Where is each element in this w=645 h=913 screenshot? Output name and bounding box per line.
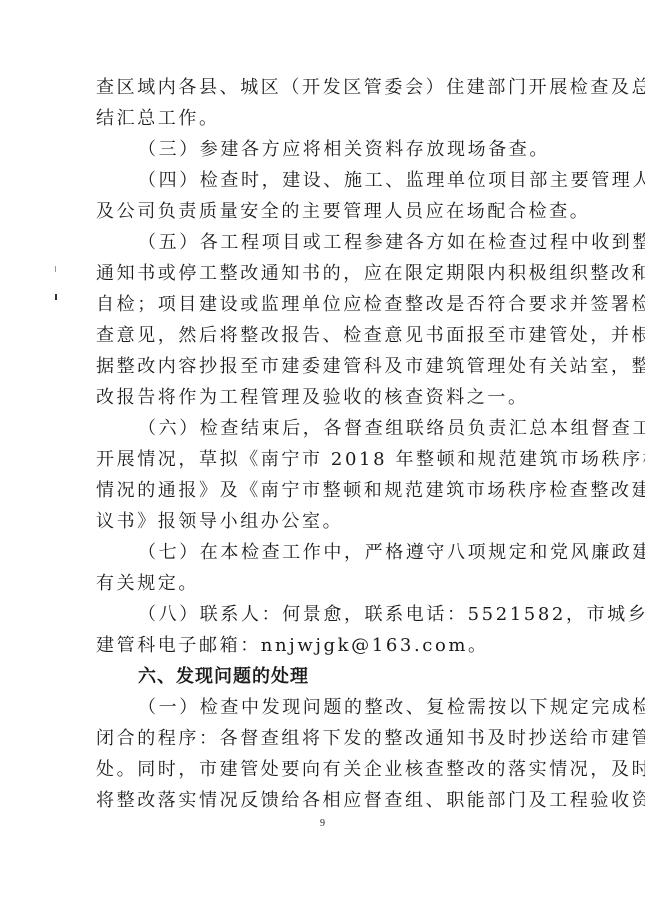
- text-line: 通知书或停工整改通知书的，应在限定期限内积极组织整改和: [96, 258, 564, 289]
- text-line: （七）在本检查工作中，严格遵守八项规定和党风廉政建设: [96, 537, 564, 568]
- text-line: 结汇总工作。: [96, 103, 564, 134]
- paragraph-item-6: （六）检查结束后，各督查组联络员负责汇总本组督查工作 开展情况，草拟《南宁市 2…: [96, 413, 564, 537]
- section-heading: 六、发现问题的处理: [96, 661, 564, 692]
- page-number: 9: [0, 818, 645, 829]
- text-line: （一）检查中发现问题的整改、复检需按以下规定完成检查: [96, 692, 564, 723]
- paragraph-s6-item-1: （一）检查中发现问题的整改、复检需按以下规定完成检查 闭合的程序：各督查组将下发…: [96, 692, 564, 816]
- scan-margin-mark: [55, 266, 56, 272]
- text-line: 闭合的程序：各督查组将下发的整改通知书及时抄送给市建管: [96, 723, 564, 754]
- paragraph-item-3: （三）参建各方应将相关资料存放现场备查。: [96, 134, 564, 165]
- text-line: 开展情况，草拟《南宁市 2018 年整顿和规范建筑市场秩序检查: [96, 444, 564, 475]
- text-line: （三）参建各方应将相关资料存放现场备查。: [96, 134, 564, 165]
- paragraph-item-5: （五）各工程项目或工程参建各方如在检查过程中收到整改 通知书或停工整改通知书的，…: [96, 227, 564, 413]
- paragraph-continuation: 查区域内各县、城区（开发区管委会）住建部门开展检查及总 结汇总工作。: [96, 72, 564, 134]
- text-line: 自检；项目建设或监理单位应检查整改是否符合要求并签署检: [96, 289, 564, 320]
- text-line: 情况的通报》及《南宁市整顿和规范建筑市场秩序检查整改建: [96, 475, 564, 506]
- paragraph-item-7: （七）在本检查工作中，严格遵守八项规定和党风廉政建设 有关规定。: [96, 537, 564, 599]
- text-line: 查意见，然后将整改报告、检查意见书面报至市建管处，并根: [96, 320, 564, 351]
- page-body: 查区域内各县、城区（开发区管委会）住建部门开展检查及总 结汇总工作。 （三）参建…: [96, 72, 564, 816]
- paragraph-item-4: （四）检查时，建设、施工、监理单位项目部主要管理人员 及公司负责质量安全的主要管…: [96, 165, 564, 227]
- text-line: 改报告将作为工程管理及验收的核查资料之一。: [96, 382, 564, 413]
- scan-margin-mark: [55, 294, 57, 300]
- contact-email-line: 建管科电子邮箱：nnjwjgk@163.com。: [96, 630, 564, 661]
- text-line: 处。同时，市建管处要向有关企业核查整改的落实情况，及时: [96, 754, 564, 785]
- paragraph-item-8: （八）联系人：何景愈，联系电话：5521582，市城乡建委 建管科电子邮箱：nn…: [96, 599, 564, 661]
- text-line: 据整改内容抄报至市建委建管科及市建筑管理处有关站室，整: [96, 351, 564, 382]
- text-line: 及公司负责质量安全的主要管理人员应在场配合检查。: [96, 196, 564, 227]
- text-line: 议书》报领导小组办公室。: [96, 506, 564, 537]
- text-line: 将整改落实情况反馈给各相应督查组、职能部门及工程验收资: [96, 785, 564, 816]
- text-line: （四）检查时，建设、施工、监理单位项目部主要管理人员: [96, 165, 564, 196]
- text-line: （五）各工程项目或工程参建各方如在检查过程中收到整改: [96, 227, 564, 258]
- text-line: （六）检查结束后，各督查组联络员负责汇总本组督查工作: [96, 413, 564, 444]
- text-line: （八）联系人：何景愈，联系电话：5521582，市城乡建委: [96, 599, 564, 630]
- document-page: 查区域内各县、城区（开发区管委会）住建部门开展检查及总 结汇总工作。 （三）参建…: [0, 0, 645, 913]
- text-line: 查区域内各县、城区（开发区管委会）住建部门开展检查及总: [96, 72, 564, 103]
- text-line: 有关规定。: [96, 568, 564, 599]
